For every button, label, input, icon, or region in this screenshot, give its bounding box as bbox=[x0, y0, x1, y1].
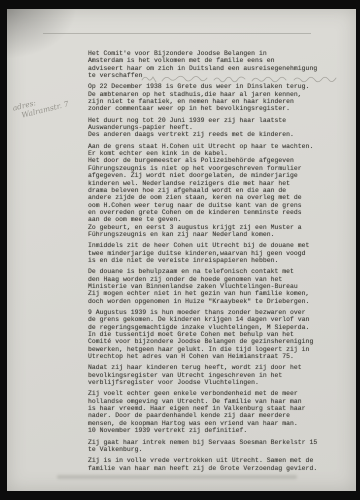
paragraph-2: Op 22 December 1938 is Grete dus weer in… bbox=[88, 83, 350, 112]
scan-corner-shadow bbox=[7, 9, 77, 59]
bleed-through-ghost-text bbox=[57, 475, 297, 479]
scan-scratch-line bbox=[43, 33, 311, 34]
scanned-page: adres: Walramstr. 7 Het Comit'e voor Bij… bbox=[0, 0, 360, 500]
paragraph-1: Het Comit'e voor Bijzondere Joodse Belan… bbox=[88, 50, 350, 79]
paragraph-6: De douane is behulpzaam en na telefonisc… bbox=[88, 268, 350, 305]
typed-text: Het Comit'e voor Bijzondere Joodse Belan… bbox=[88, 50, 350, 476]
paragraph-8: Nadat zij haar kinderen terug heeft, wor… bbox=[88, 364, 350, 386]
handwritten-margin-note: adres: Walramstr. 7 bbox=[12, 91, 70, 122]
paper-sheet: adres: Walramstr. 7 Het Comit'e voor Bij… bbox=[7, 9, 356, 491]
paragraph-10: Zij gaat haar intrek nemen bij Servaas S… bbox=[88, 439, 350, 454]
paragraph-4: Aan de grens staat H.Cohen uit Utrecht o… bbox=[88, 143, 350, 238]
paragraph-7: 9 Augustus 1939 is hun moeder thans zond… bbox=[88, 309, 350, 360]
paragraph-9: Zij voelt echter geen enkele verbondenhe… bbox=[88, 390, 350, 434]
paragraph-5: Inmiddels zit de heer Cohen uit Utrecht … bbox=[88, 242, 350, 264]
paragraph-11: Zij is in volle vrede vertrokken uit Utr… bbox=[88, 457, 350, 472]
paragraph-3: Het duurt nog tot 20 Juni 1939 eer zij h… bbox=[88, 117, 350, 139]
